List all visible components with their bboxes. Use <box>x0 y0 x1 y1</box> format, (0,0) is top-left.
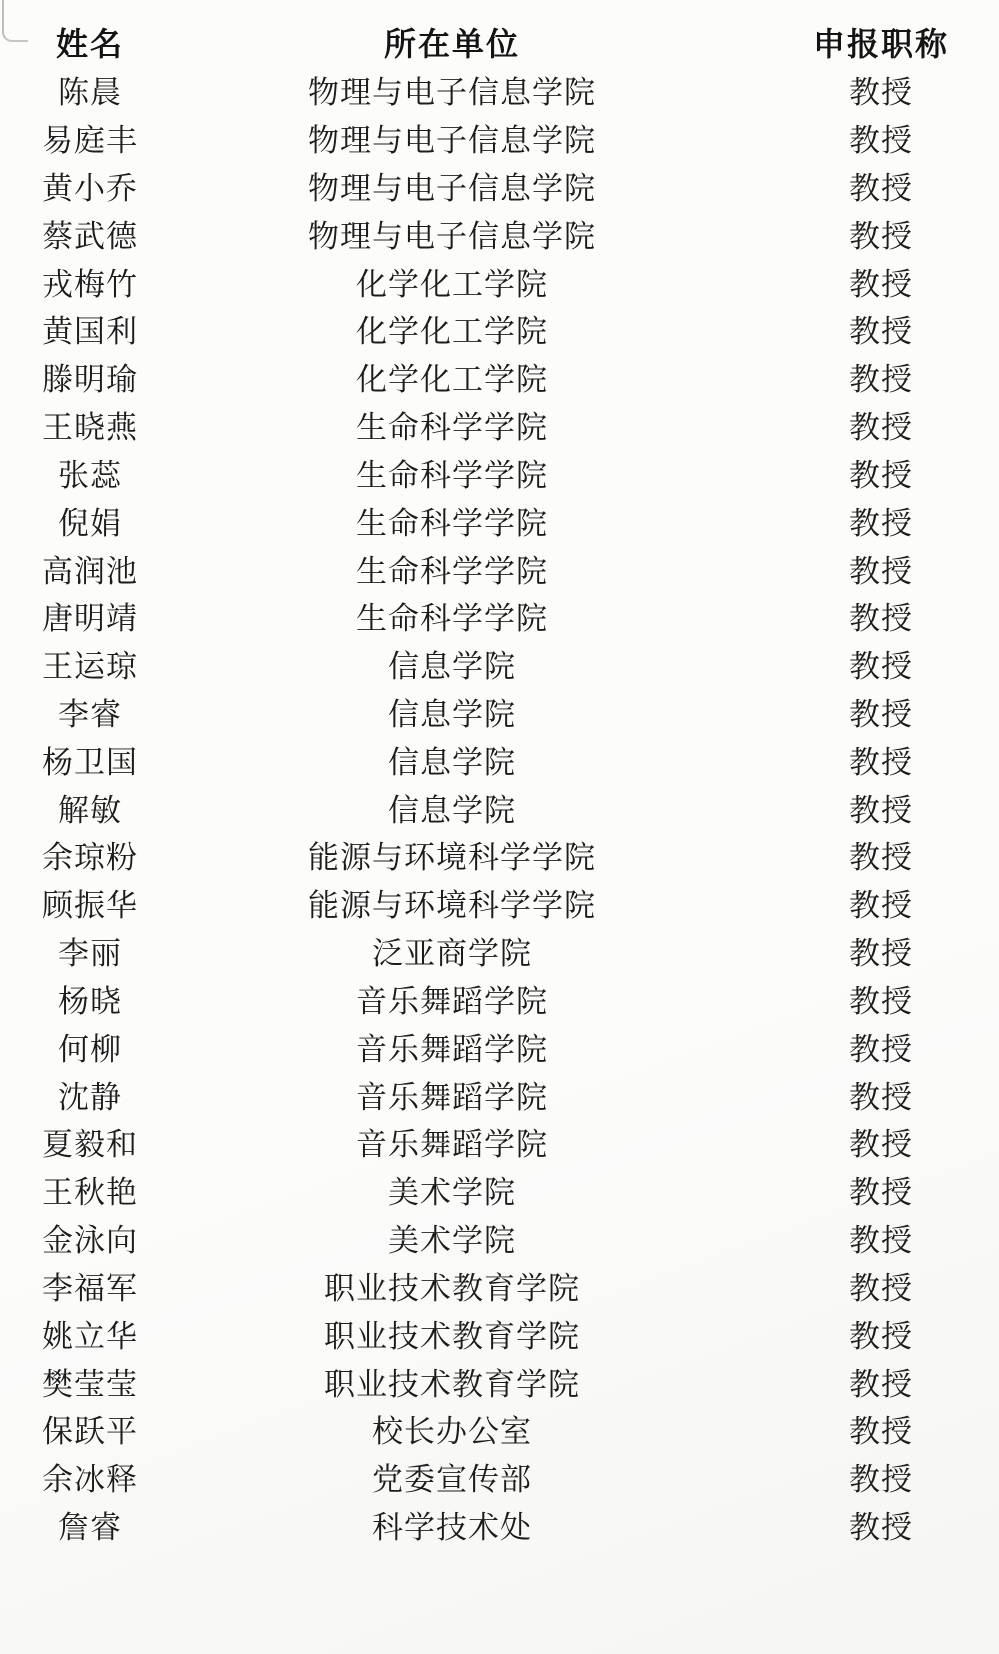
cell-title: 教授 <box>724 928 999 973</box>
cell-name: 王秋艳 <box>0 1167 180 1212</box>
cell-name: 詹睿 <box>0 1502 180 1547</box>
cell-title: 教授 <box>724 259 999 304</box>
cell-name: 李福军 <box>0 1263 180 1308</box>
cell-name: 黄国利 <box>0 306 180 351</box>
cell-name: 黄小乔 <box>0 163 180 208</box>
cell-unit: 信息学院 <box>180 785 724 830</box>
cell-unit: 音乐舞蹈学院 <box>180 976 724 1021</box>
cell-name: 唐明靖 <box>0 593 180 638</box>
cell-name: 保跃平 <box>0 1406 180 1451</box>
cell-unit: 生命科学学院 <box>180 593 724 638</box>
cell-name: 何柳 <box>0 1024 180 1069</box>
cell-name: 王运琼 <box>0 641 180 686</box>
cell-name: 顾振华 <box>0 880 180 925</box>
cell-title: 教授 <box>724 115 999 160</box>
table-row: 余冰释党委宣传部教授 <box>0 1453 999 1501</box>
cell-name: 高润池 <box>0 546 180 591</box>
cell-title: 教授 <box>724 832 999 877</box>
table-row: 李丽泛亚商学院教授 <box>0 927 999 975</box>
table-row: 李睿信息学院教授 <box>0 688 999 736</box>
cell-title: 教授 <box>724 402 999 447</box>
table-row: 杨卫国信息学院教授 <box>0 735 999 783</box>
cell-name: 倪娟 <box>0 498 180 543</box>
table-row: 黄国利化学化工学院教授 <box>0 305 999 353</box>
table-row: 保跃平校长办公室教授 <box>0 1405 999 1453</box>
cell-unit: 职业技术教育学院 <box>180 1263 724 1308</box>
table-header-row: 姓名 所在单位 申报职称 <box>0 18 999 66</box>
table-row: 易庭丰物理与电子信息学院教授 <box>0 114 999 162</box>
cell-title: 教授 <box>724 67 999 112</box>
cell-unit: 物理与电子信息学院 <box>180 163 724 208</box>
cell-title: 教授 <box>724 593 999 638</box>
cell-unit: 信息学院 <box>180 641 724 686</box>
cell-title: 教授 <box>724 880 999 925</box>
cell-name: 沈静 <box>0 1072 180 1117</box>
cell-name: 李睿 <box>0 689 180 734</box>
table-row: 姚立华职业技术教育学院教授 <box>0 1309 999 1357</box>
table-row: 何柳音乐舞蹈学院教授 <box>0 1022 999 1070</box>
cell-name: 樊莹莹 <box>0 1359 180 1404</box>
cell-name: 金泳向 <box>0 1215 180 1260</box>
table-row: 沈静音乐舞蹈学院教授 <box>0 1070 999 1118</box>
cell-unit: 美术学院 <box>180 1215 724 1260</box>
cell-unit: 能源与环境科学学院 <box>180 880 724 925</box>
cell-name: 余冰释 <box>0 1454 180 1499</box>
cell-unit: 物理与电子信息学院 <box>180 67 724 112</box>
cell-title: 教授 <box>724 1119 999 1164</box>
cell-unit: 化学化工学院 <box>180 259 724 304</box>
cell-unit: 能源与环境科学学院 <box>180 832 724 877</box>
cell-title: 教授 <box>724 1359 999 1404</box>
column-header-name: 姓名 <box>0 19 180 65</box>
cell-title: 教授 <box>724 1406 999 1451</box>
table-row: 倪娟生命科学学院教授 <box>0 496 999 544</box>
cell-title: 教授 <box>724 306 999 351</box>
cell-title: 教授 <box>724 1167 999 1212</box>
cell-unit: 信息学院 <box>180 689 724 734</box>
cell-title: 教授 <box>724 737 999 782</box>
cell-title: 教授 <box>724 211 999 256</box>
cell-unit: 党委宣传部 <box>180 1454 724 1499</box>
table-row: 王晓燕生命科学学院教授 <box>0 401 999 449</box>
cell-title: 教授 <box>724 450 999 495</box>
cell-unit: 物理与电子信息学院 <box>180 115 724 160</box>
table-row: 余琼粉能源与环境科学学院教授 <box>0 831 999 879</box>
applicants-table: 姓名 所在单位 申报职称 陈晨物理与电子信息学院教授易庭丰物理与电子信息学院教授… <box>0 18 999 1549</box>
column-header-unit: 所在单位 <box>180 19 724 65</box>
table-row: 杨晓音乐舞蹈学院教授 <box>0 975 999 1023</box>
cell-unit: 职业技术教育学院 <box>180 1311 724 1356</box>
cell-name: 杨晓 <box>0 976 180 1021</box>
cell-title: 教授 <box>724 1311 999 1356</box>
cell-title: 教授 <box>724 1454 999 1499</box>
cell-unit: 生命科学学院 <box>180 498 724 543</box>
table-row: 蔡武德物理与电子信息学院教授 <box>0 209 999 257</box>
cell-unit: 化学化工学院 <box>180 354 724 399</box>
cell-unit: 科学技术处 <box>180 1502 724 1547</box>
table-row: 夏毅和音乐舞蹈学院教授 <box>0 1118 999 1166</box>
cell-title: 教授 <box>724 1502 999 1547</box>
cell-unit: 泛亚商学院 <box>180 928 724 973</box>
table-row: 张蕊生命科学学院教授 <box>0 448 999 496</box>
cell-title: 教授 <box>724 976 999 1021</box>
table-row: 滕明瑜化学化工学院教授 <box>0 353 999 401</box>
cell-name: 易庭丰 <box>0 115 180 160</box>
cell-unit: 化学化工学院 <box>180 306 724 351</box>
cell-name: 解敏 <box>0 785 180 830</box>
table-row: 詹睿科学技术处教授 <box>0 1501 999 1549</box>
cell-name: 姚立华 <box>0 1311 180 1356</box>
cell-name: 陈晨 <box>0 67 180 112</box>
cell-unit: 生命科学学院 <box>180 546 724 591</box>
cell-name: 余琼粉 <box>0 832 180 877</box>
cell-unit: 信息学院 <box>180 737 724 782</box>
cell-name: 蔡武德 <box>0 211 180 256</box>
cell-unit: 职业技术教育学院 <box>180 1359 724 1404</box>
table-row: 黄小乔物理与电子信息学院教授 <box>0 161 999 209</box>
cell-unit: 美术学院 <box>180 1167 724 1212</box>
cell-title: 教授 <box>724 1024 999 1069</box>
cell-name: 滕明瑜 <box>0 354 180 399</box>
cell-title: 教授 <box>724 1215 999 1260</box>
cell-name: 夏毅和 <box>0 1119 180 1164</box>
cell-name: 张蕊 <box>0 450 180 495</box>
table-row: 樊莹莹职业技术教育学院教授 <box>0 1357 999 1405</box>
cell-unit: 校长办公室 <box>180 1406 724 1451</box>
cell-title: 教授 <box>724 546 999 591</box>
table-row: 王秋艳美术学院教授 <box>0 1166 999 1214</box>
table-row: 高润池生命科学学院教授 <box>0 544 999 592</box>
cell-title: 教授 <box>724 354 999 399</box>
table-body: 陈晨物理与电子信息学院教授易庭丰物理与电子信息学院教授黄小乔物理与电子信息学院教… <box>0 66 999 1549</box>
table-row: 戎梅竹化学化工学院教授 <box>0 257 999 305</box>
cell-unit: 生命科学学院 <box>180 402 724 447</box>
table-row: 金泳向美术学院教授 <box>0 1214 999 1262</box>
table-row: 顾振华能源与环境科学学院教授 <box>0 879 999 927</box>
cell-title: 教授 <box>724 498 999 543</box>
cell-name: 戎梅竹 <box>0 259 180 304</box>
cell-unit: 物理与电子信息学院 <box>180 211 724 256</box>
table-row: 唐明靖生命科学学院教授 <box>0 592 999 640</box>
cell-title: 教授 <box>724 1263 999 1308</box>
cell-name: 王晓燕 <box>0 402 180 447</box>
table-row: 李福军职业技术教育学院教授 <box>0 1262 999 1310</box>
cell-title: 教授 <box>724 689 999 734</box>
cell-title: 教授 <box>724 785 999 830</box>
column-header-title: 申报职称 <box>724 19 999 65</box>
table-row: 解敏信息学院教授 <box>0 783 999 831</box>
cell-unit: 音乐舞蹈学院 <box>180 1024 724 1069</box>
table-row: 王运琼信息学院教授 <box>0 640 999 688</box>
cell-title: 教授 <box>724 163 999 208</box>
table-row: 陈晨物理与电子信息学院教授 <box>0 66 999 114</box>
cell-name: 杨卫国 <box>0 737 180 782</box>
cell-name: 李丽 <box>0 928 180 973</box>
cell-title: 教授 <box>724 641 999 686</box>
cell-unit: 音乐舞蹈学院 <box>180 1072 724 1117</box>
cell-unit: 音乐舞蹈学院 <box>180 1119 724 1164</box>
cell-title: 教授 <box>724 1072 999 1117</box>
cell-unit: 生命科学学院 <box>180 450 724 495</box>
